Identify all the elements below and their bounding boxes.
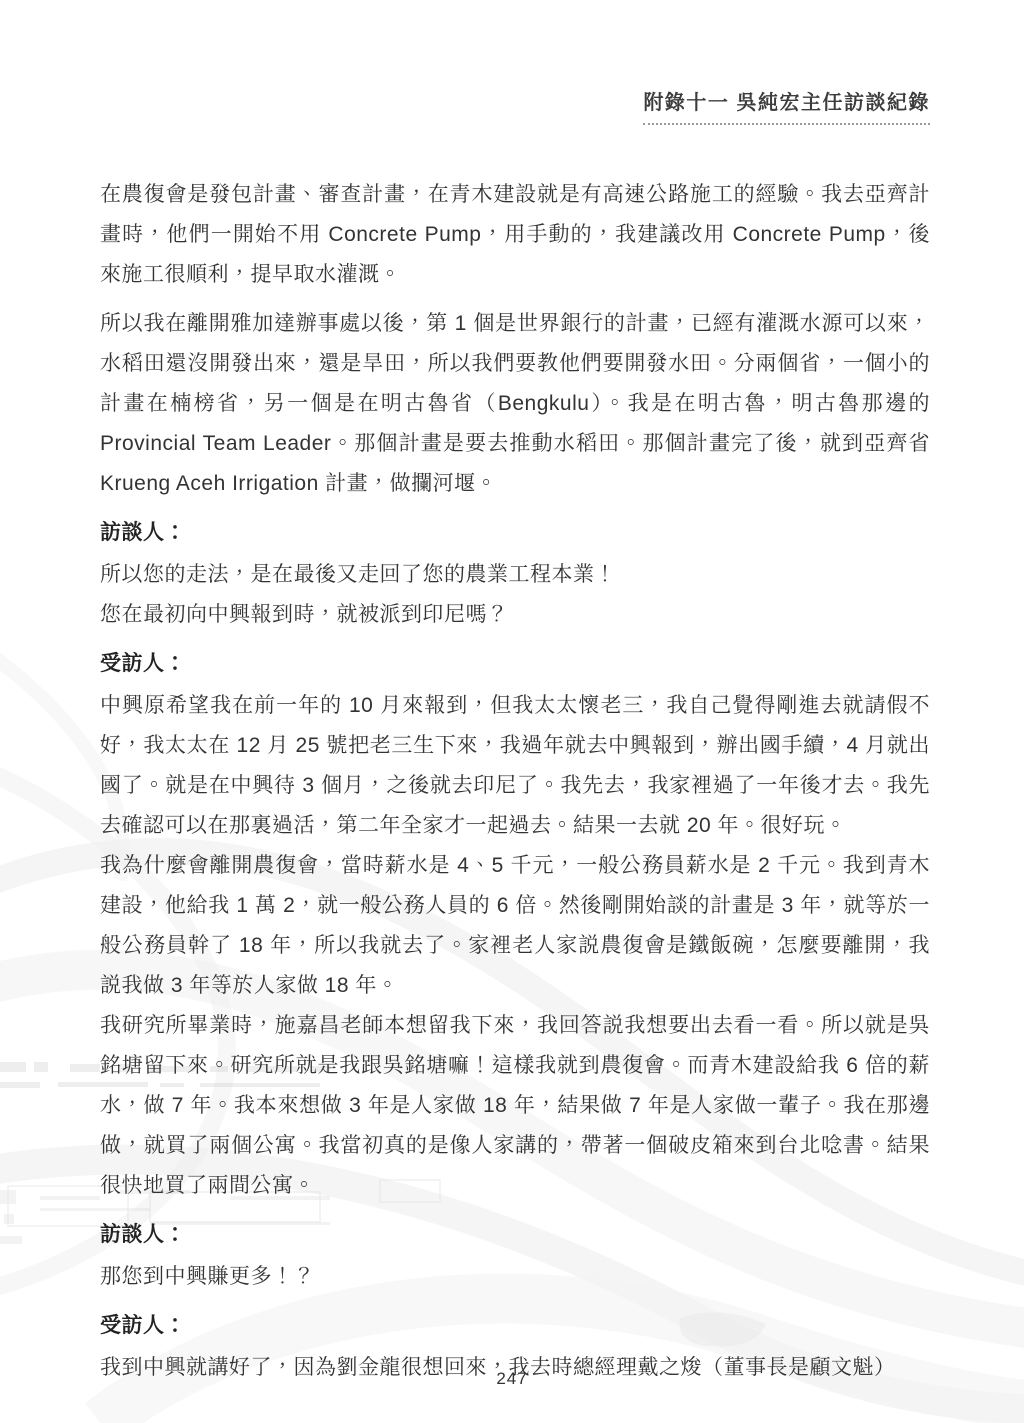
interviewer-label: 訪談人：: [100, 1215, 930, 1255]
interviewer-question: 那您到中興賺更多！？: [100, 1257, 930, 1297]
interviewee-answer: 我為什麼會離開農復會，當時薪水是 4、5 千元，一般公務員薪水是 2 千元。我到…: [100, 846, 930, 1006]
transcript-paragraph: 在農復會是發包計畫、審查計畫，在青木建設就是有高速公路施工的經驗。我去亞齊計畫時…: [100, 175, 930, 295]
interviewer-label: 訪談人：: [100, 513, 930, 553]
book-page: 附錄十一 吳純宏主任訪談紀錄 在農復會是發包計畫、審查計畫，在青木建設就是有高速…: [0, 0, 1024, 1423]
transcript-paragraph: 所以我在離開雅加達辦事處以後，第 1 個是世界銀行的計畫，已經有灌溉水源可以來，…: [100, 304, 930, 504]
interviewee-label: 受訪人：: [100, 1306, 930, 1346]
page-number: 247: [496, 1369, 527, 1388]
appendix-title: 附錄十一 吳純宏主任訪談紀錄: [643, 90, 930, 125]
interview-transcript: 在農復會是發包計畫、審查計畫，在青木建設就是有高速公路施工的經驗。我去亞齊計畫時…: [100, 175, 930, 1388]
interviewer-question: 所以您的走法，是在最後又走回了您的農業工程本業！: [100, 555, 930, 595]
interviewee-answer: 中興原希望我在前一年的 10 月來報到，但我太太懷老三，我自己覺得剛進去就請假不…: [100, 686, 930, 846]
interviewee-label: 受訪人：: [100, 644, 930, 684]
interviewee-answer: 我研究所畢業時，施嘉昌老師本想留我下來，我回答説我想要出去看一看。所以就是吳銘塘…: [100, 1006, 930, 1206]
running-header: 附錄十一 吳純宏主任訪談紀錄: [100, 90, 930, 125]
page-footer: 247: [0, 1369, 1024, 1389]
interviewer-question: 您在最初向中興報到時，就被派到印尼嗎？: [100, 595, 930, 635]
page-content: 附錄十一 吳純宏主任訪談紀錄 在農復會是發包計畫、審查計畫，在青木建設就是有高速…: [100, 0, 930, 1388]
